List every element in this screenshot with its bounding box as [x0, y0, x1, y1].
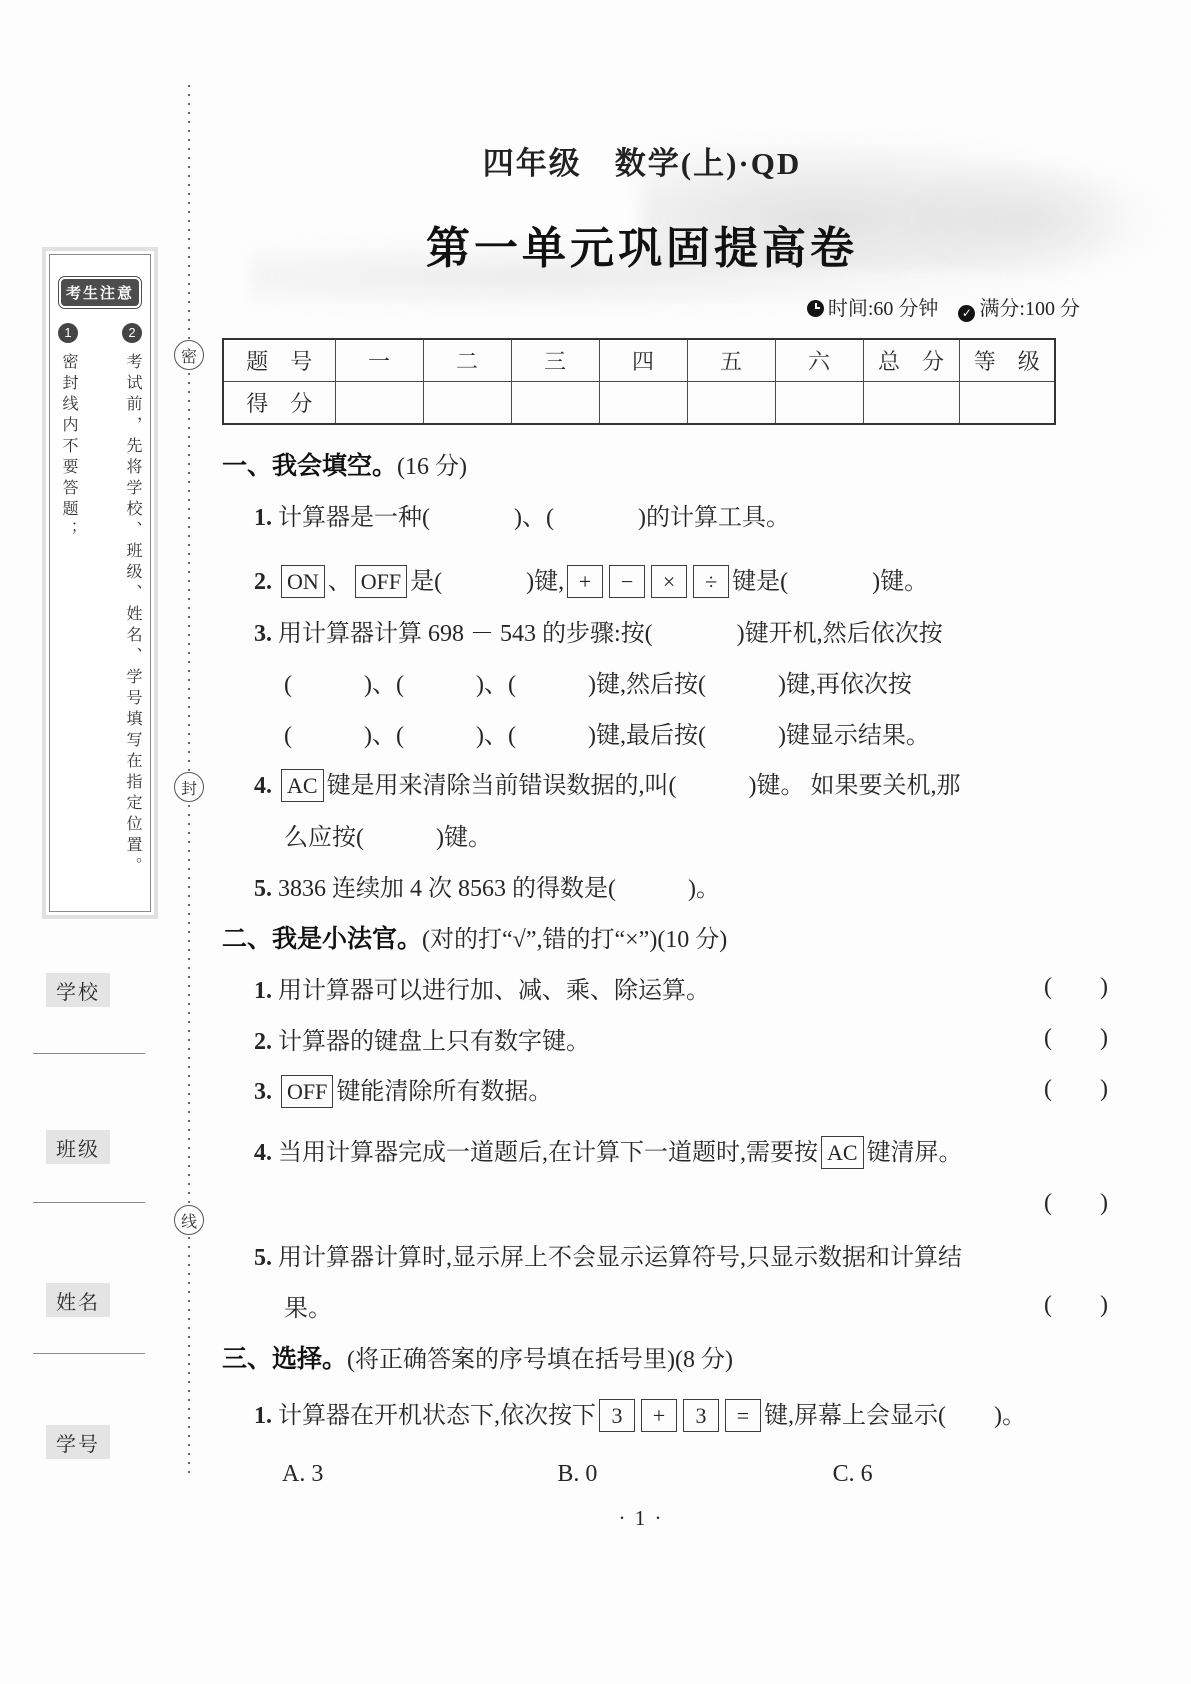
true-false-q5-line2: 果。 ( ) — [222, 1280, 1108, 1331]
fill-blank-q3-line3: ( )、( )、( )键,最后按( )键显示结果。 — [222, 707, 1108, 758]
section-2-title: 二、我是小法官。(对的打“√”,错的打“×”)(10 分) — [222, 911, 1108, 962]
score-table: 题 号 一 二 三 四 五 六 总 分 等 级 得 分 — [222, 338, 1056, 425]
score-table-header: 四 — [599, 339, 687, 382]
question-content: 一、我会填空。(16 分) 1. 计算器是一种( )、( )的计算工具。 2. … — [222, 438, 1108, 1500]
seal-char-xian: 线 — [174, 1205, 204, 1235]
score-table-header: 五 — [687, 339, 775, 382]
score-cell — [863, 382, 959, 425]
course-title: 四年级 数学(上)·QD — [222, 138, 1062, 183]
key-box-OFF: OFF — [281, 1075, 333, 1108]
student-id-field-label: 学号 — [46, 1425, 110, 1459]
score-table-header: 六 — [775, 339, 863, 382]
key-box-=: = — [725, 1399, 761, 1432]
true-false-q1: 1. 用计算器可以进行加、减、乘、除运算。 ( ) — [222, 962, 1108, 1013]
name-field-label: 姓名 — [46, 1283, 110, 1317]
fill-blank-q3-line1: 3. 用计算器计算 698 － 543 的步骤:按( )键开机,然后依次按 — [222, 605, 1108, 656]
answer-paren: ( ) — [1044, 1076, 1108, 1103]
score-cell — [599, 382, 687, 425]
score-table-header-row: 题 号 一 二 三 四 五 六 总 分 等 级 — [223, 339, 1055, 382]
page-number: · 1 · — [222, 1506, 1060, 1531]
class-field-label: 班级 — [46, 1130, 110, 1164]
key-box-+: + — [567, 565, 603, 598]
notice-item-2: 2考试前，先将学校、班级、姓名、学号填写在指定位置。 — [122, 323, 142, 903]
answer-paren: ( ) — [1044, 974, 1108, 1001]
option-b: B. 0 — [557, 1461, 832, 1488]
answer-paren: ( ) — [1044, 1292, 1108, 1319]
notice-item-1-text: 密封线内不要答题； — [60, 353, 77, 542]
notice-item-1: 1密封线内不要答题； — [58, 323, 78, 903]
exam-meta: 时间:60 分钟✓满分:100 分 — [222, 292, 1080, 322]
fill-blank-q4-line2: 么应按( )键。 — [222, 809, 1108, 860]
check-icon: ✓ — [958, 305, 975, 322]
section-1-title: 一、我会填空。(16 分) — [222, 438, 1108, 489]
score-cell — [959, 382, 1055, 425]
answer-paren: ( ) — [1044, 1025, 1108, 1052]
section-3-title: 三、选择。(将正确答案的序号填在括号里)(8 分) — [222, 1331, 1108, 1382]
exam-paper-page: 考生注意 1密封线内不要答题； 2考试前，先将学校、班级、姓名、学号填写在指定位… — [0, 0, 1191, 1684]
key-box-OFF: OFF — [355, 565, 407, 598]
answer-paren: ( ) — [1044, 1190, 1108, 1217]
key-box-ON: ON — [281, 565, 325, 598]
time-label: 时间:60 分钟 — [828, 298, 939, 320]
score-row-label: 得 分 — [223, 382, 335, 425]
name-field-line — [33, 1353, 145, 1354]
option-a: A. 3 — [282, 1461, 557, 1488]
key-box-×: × — [651, 565, 687, 598]
key-box-3: 3 — [683, 1399, 719, 1432]
score-cell — [687, 382, 775, 425]
true-false-q3: 3. OFF键能清除所有数据。 ( ) — [222, 1064, 1108, 1115]
examinee-notice-box: 考生注意 1密封线内不要答题； 2考试前，先将学校、班级、姓名、学号填写在指定位… — [42, 247, 158, 919]
score-cell — [423, 382, 511, 425]
exam-title: 第一单元巩固提高卷 — [222, 212, 1062, 276]
score-table-header: 题 号 — [223, 339, 335, 382]
key-box-+: + — [641, 1399, 677, 1432]
key-box-AC: AC — [281, 769, 324, 802]
school-field-line — [33, 1053, 145, 1054]
option-c: C. 6 — [833, 1461, 1108, 1488]
fill-blank-q5: 5. 3836 连续加 4 次 8563 的得数是( )。 — [222, 860, 1108, 911]
circled-number-1-icon: 1 — [58, 323, 78, 343]
score-cell — [775, 382, 863, 425]
key-box-AC: AC — [821, 1136, 864, 1169]
choice-q1: 1. 计算器在开机状态下,依次按下3+3=键,屏幕上会显示( )。 — [222, 1388, 1108, 1439]
true-false-q4-line1: 4. 当用计算器完成一道题后,在计算下一道题时,需要按AC键清屏。 — [222, 1125, 1108, 1176]
key-box-÷: ÷ — [693, 565, 729, 598]
fill-blank-q2: 2. ON、OFF是( )键,+−×÷键是( )键。 — [222, 554, 1108, 605]
clock-icon — [807, 300, 824, 317]
full-score-label: 满分:100 分 — [979, 298, 1080, 320]
score-cell — [511, 382, 599, 425]
score-table-header: 等 级 — [959, 339, 1055, 382]
score-table-header: 二 — [423, 339, 511, 382]
circled-number-2-icon: 2 — [122, 323, 142, 343]
true-false-q4-line2: ( ) — [222, 1178, 1108, 1229]
seal-char-mi: 密 — [174, 340, 204, 370]
score-cell — [335, 382, 423, 425]
score-table-header: 总 分 — [863, 339, 959, 382]
school-field-label: 学校 — [46, 973, 110, 1007]
fill-blank-q3-line2: ( )、( )、( )键,然后按( )键,再依次按 — [222, 656, 1108, 707]
fill-blank-q1: 1. 计算器是一种( )、( )的计算工具。 — [222, 489, 1108, 540]
true-false-q5-line1: 5. 用计算器计算时,显示屏上不会显示运算符号,只显示数据和计算结 — [222, 1229, 1108, 1280]
class-field-line — [33, 1202, 145, 1203]
score-table-score-row: 得 分 — [223, 382, 1055, 425]
score-table-header: 一 — [335, 339, 423, 382]
notice-text-columns: 1密封线内不要答题； 2考试前，先将学校、班级、姓名、学号填写在指定位置。 — [58, 323, 142, 903]
notice-item-2-text: 考试前，先将学校、班级、姓名、学号填写在指定位置。 — [124, 353, 141, 878]
notice-badge: 考生注意 — [59, 277, 141, 308]
fill-blank-q4-line1: 4. AC键是用来清除当前错误数据的,叫( )键。 如果要关机,那 — [222, 758, 1108, 809]
choice-options: A. 3 B. 0 C. 6 — [222, 1449, 1108, 1500]
true-false-q2: 2. 计算器的键盘上只有数字键。 ( ) — [222, 1013, 1108, 1064]
seal-char-feng: 封 — [174, 772, 204, 802]
key-box-−: − — [609, 565, 645, 598]
key-box-3: 3 — [599, 1399, 635, 1432]
score-table-header: 三 — [511, 339, 599, 382]
